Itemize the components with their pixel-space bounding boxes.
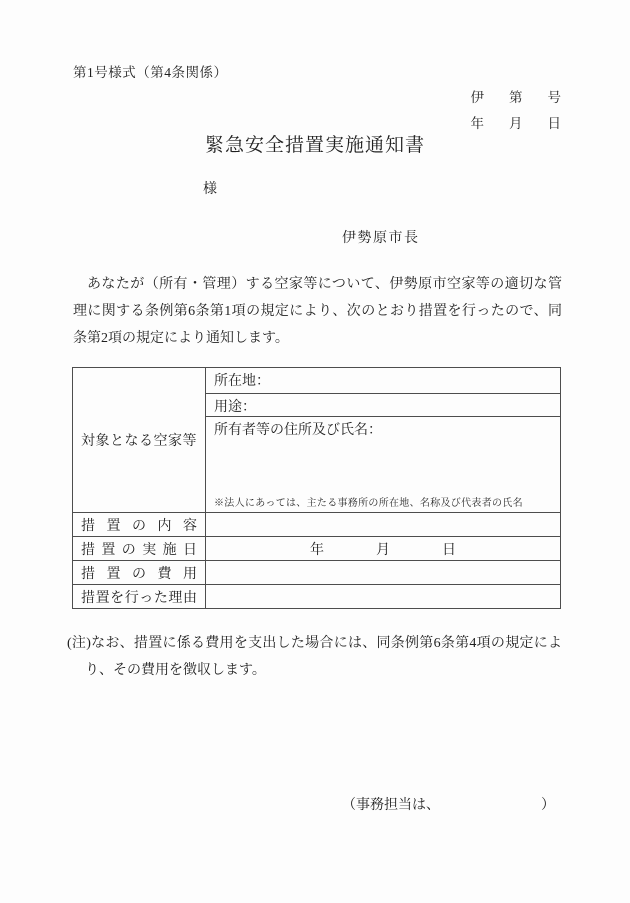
body-paragraph: あなたが（所有・管理）する空家等について、伊勢原市空家等の適切な管理に関する条例… [73,271,562,352]
subject-header-cell: 対象となる空家等 [73,368,206,512]
owner-label: 所有者等の住所及び氏名： [214,419,552,439]
measure-date-month: 月 [376,539,390,560]
subject-detail-cells: 所在地： 用途： 所有者等の住所及び氏名： ※法人にあっては、主たる事務所の所在… [206,368,560,512]
measure-cost-value [206,561,560,584]
table-row-measure-content: 措置の内容 [73,512,560,536]
addressee-suffix: 様 [203,178,217,198]
sender-name: 伊勢原市長 [342,227,420,247]
table-row-measure-cost: 措置の費用 [73,560,560,584]
subject-row-group: 対象となる空家等 所在地： 用途： 所有者等の住所及び氏名： ※法人にあっては、… [73,368,560,512]
measure-content-value [206,513,560,536]
measures-table: 対象となる空家等 所在地： 用途： 所有者等の住所及び氏名： ※法人にあっては、… [72,367,561,609]
cost-collection-note: (注)なお、措置に係る費用を支出した場合には、同条例第6条第4項の規定により、そ… [67,630,562,684]
measure-reason-value [206,585,560,608]
document-page: 第1号様式（第4条関係） 伊 第 号 年 月 日 緊急安全措置実施通知書 様 伊… [0,0,630,903]
ref-go: 号 [548,86,562,106]
table-row-measure-reason: 措置を行った理由 [73,584,560,608]
form-number: 第1号様式（第4条関係） [73,61,228,81]
measure-date-label: 措置の実施日 [73,537,206,560]
clerk-prefix: （事務担当は、 [342,794,440,814]
measure-date-day: 日 [442,539,456,560]
location-cell: 所在地： [206,368,560,394]
measure-content-label: 措置の内容 [73,513,206,536]
measure-cost-label: 措置の費用 [73,561,206,584]
date-year: 年 [471,112,485,132]
page-title: 緊急安全措置実施通知書 [0,130,630,157]
ref-prefix: 伊 [471,86,485,106]
measure-reason-label: 措置を行った理由 [73,585,206,608]
ref-dai: 第 [509,86,523,106]
table-row-measure-date: 措置の実施日 年 月 日 [73,536,560,560]
date-month: 月 [509,112,523,132]
owner-cell: 所有者等の住所及び氏名： ※法人にあっては、主たる事務所の所在地、名称及び代表者… [206,417,560,512]
reference-number-line: 伊 第 号 [471,86,562,106]
usage-cell: 用途： [206,394,560,417]
date-line: 年 月 日 [471,112,562,132]
clerk-in-charge-line: （事務担当は、 ） [342,794,555,814]
measure-date-year: 年 [310,539,324,560]
owner-corporation-note: ※法人にあっては、主たる事務所の所在地、名称及び代表者の氏名 [214,494,552,509]
clerk-close-paren: ） [541,794,555,814]
measure-date-value: 年 月 日 [206,537,560,560]
date-day: 日 [548,112,562,132]
